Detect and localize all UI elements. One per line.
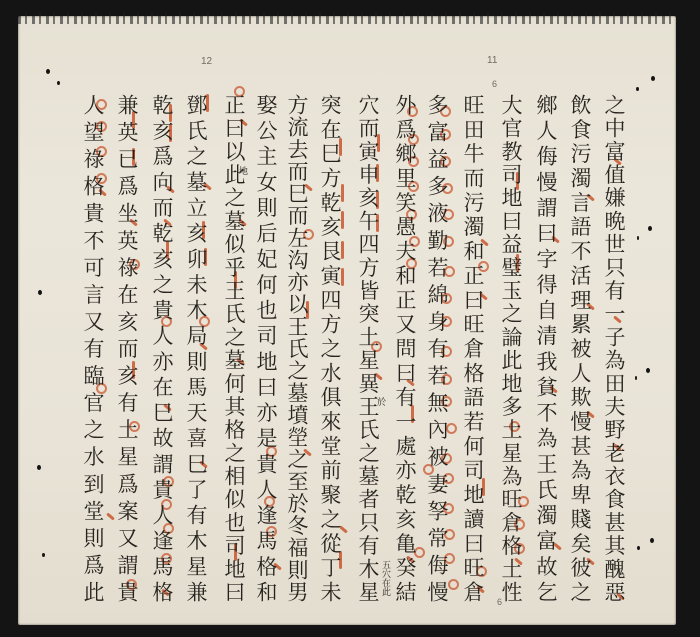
pinhole-dot bbox=[42, 553, 45, 557]
folio-number-right: 11 bbox=[487, 55, 497, 66]
interlinear-note-di: 地 bbox=[237, 166, 247, 175]
pinhole-dot bbox=[57, 81, 60, 85]
interlinear-note-yu: 於 bbox=[375, 397, 385, 406]
pinhole-dot bbox=[636, 87, 639, 91]
pinhole-dot bbox=[637, 236, 639, 240]
pinhole-dot bbox=[637, 546, 640, 550]
pinhole-dot bbox=[37, 465, 41, 470]
text-column-1: 之中富值嫌晩世只有一子為田夫野老衣食甚其醜惡 bbox=[602, 94, 626, 602]
text-column-10: 方流去而巳而左沟亦以王氏之墓墳塋之至於冬福則男 bbox=[285, 94, 309, 602]
pinhole-dot bbox=[650, 538, 654, 543]
text-column-8: 穴而寅申亥午四方皆突土星異王氏之墓者只有木星 bbox=[356, 94, 380, 602]
pinhole-dot bbox=[651, 76, 655, 81]
text-column-5: 旺田牛而污濁和正曰旺倉格語若何司地讀曰旺倉 bbox=[461, 94, 485, 602]
sheet-number-top: 6 bbox=[492, 79, 497, 89]
text-column-4: 大官教司地曰益璧玉之論此地多土星為旺倉格土性 bbox=[499, 94, 523, 602]
pinhole-dot bbox=[646, 368, 650, 373]
pinhole-dot bbox=[46, 69, 50, 74]
text-column-16: 人望祿格貴不可言又有臨官之水到堂則爲此 bbox=[81, 94, 105, 602]
red-circle-mark bbox=[448, 579, 459, 590]
text-column-11: 娶公主女則后妃何也司地曰亦是貴人逢馬格和 bbox=[254, 94, 278, 602]
text-column-3: 鄉人侮慢謂曰字得自清我貧不為王氏濁富故乞 bbox=[534, 94, 558, 602]
text-column-14: 乾亥爲向而乾亥之貴人亦在巳故謂貴人逢馬格 bbox=[150, 94, 174, 602]
text-column-6: 多富益多液勤若綿身有若無內被妻孥常侮慢 bbox=[425, 94, 449, 602]
text-column-2: 飲食污濁言語不活理累被人欺慢甚為卑賤矣彼之 bbox=[568, 94, 592, 602]
text-column-13: 鄧氏之墓立亥卯未木局則馬天喜巳了有木星兼 bbox=[184, 94, 208, 602]
text-column-9: 突在巳方乾亥艮寅四方之水俱來堂前聚之從丁未 bbox=[318, 94, 342, 602]
text-column-15: 兼英已爲坐英祿在亥而亥有土星爲案又謂貴 bbox=[115, 94, 139, 602]
folio-number-left: 12 bbox=[201, 56, 212, 67]
pinhole-dot bbox=[635, 376, 637, 380]
pinhole-dot bbox=[38, 290, 42, 295]
text-column-7: 外爲鄉里笑愚夫和正又問曰有一處亦乾亥亀癸結 bbox=[393, 94, 417, 602]
pinhole-dot bbox=[648, 226, 652, 231]
torn-top-edge bbox=[18, 12, 676, 24]
interlinear-note-five-caves: 五穴在此 bbox=[380, 560, 390, 596]
